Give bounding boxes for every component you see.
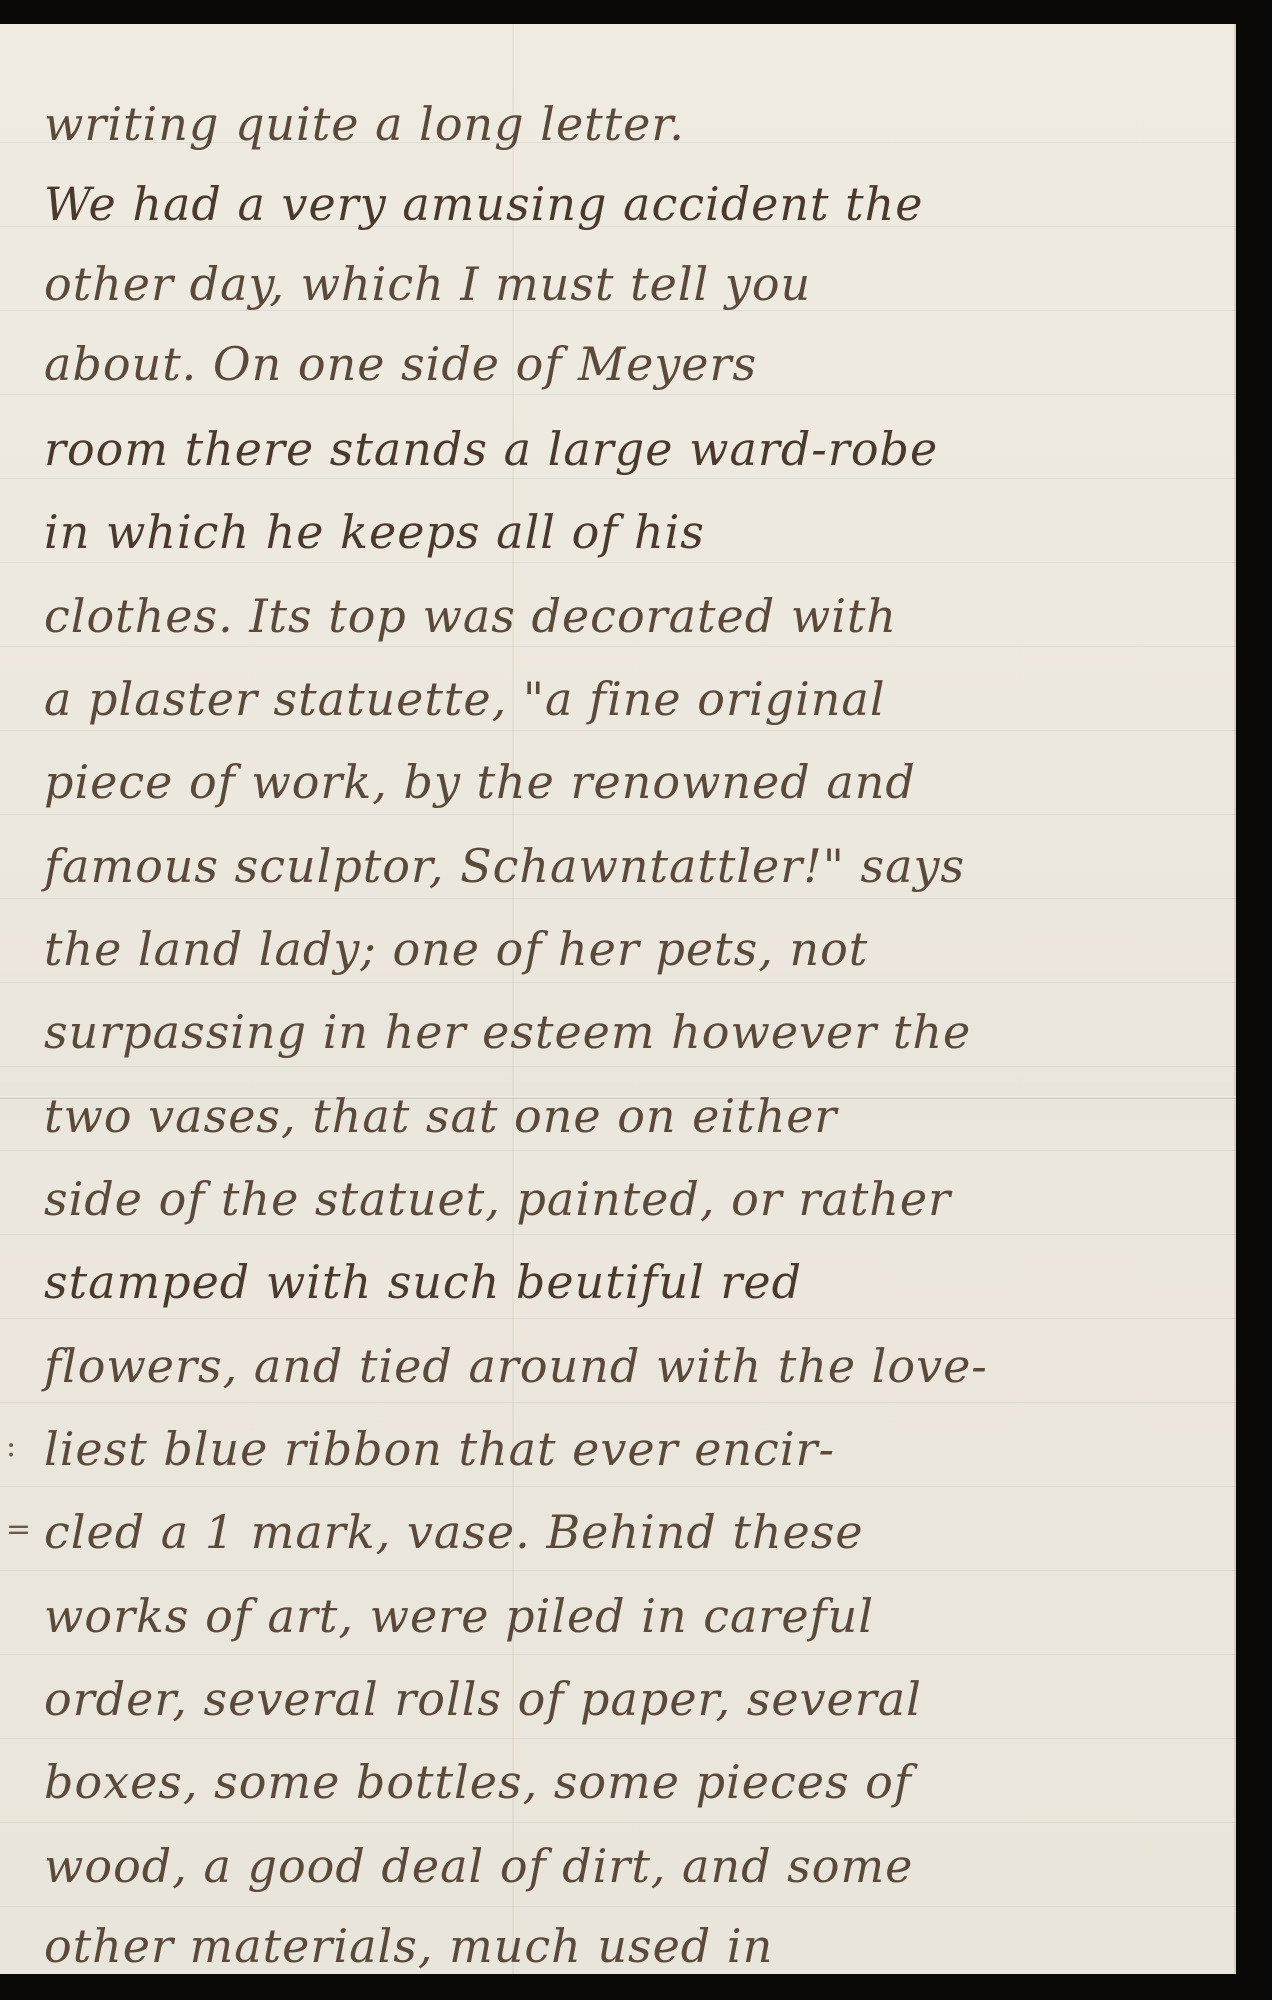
- ruled-line: [0, 730, 1236, 731]
- handwritten-line: writing quite a long letter.: [44, 94, 1206, 154]
- handwritten-line: cled a 1 mark, vase. Behind these: [44, 1502, 1206, 1562]
- ruled-line: [0, 1654, 1236, 1655]
- handwritten-line: liest blue ribbon that ever encir-: [44, 1419, 1206, 1479]
- ruled-line: [0, 394, 1236, 395]
- handwritten-line: surpassing in her esteem however the: [44, 1002, 1206, 1062]
- ruled-line: [0, 1234, 1236, 1235]
- ruled-line: [0, 1570, 1236, 1571]
- handwritten-line: stamped with such beutiful red: [44, 1252, 1206, 1312]
- ruled-line: [0, 1402, 1236, 1403]
- handwritten-line: famous sculptor, Schawntattler!" says: [44, 836, 1206, 896]
- handwritten-line: flowers, and tied around with the love-: [44, 1336, 1206, 1396]
- ruled-line: [0, 646, 1236, 647]
- handwritten-line: two vases, that sat one on either: [44, 1086, 1206, 1146]
- handwritten-line: We had a very amusing accident the: [44, 174, 1206, 234]
- handwritten-line: the land lady; one of her pets, not: [44, 919, 1206, 979]
- ruled-line: [0, 1486, 1236, 1487]
- handwritten-line: works of art, were piled in careful: [44, 1586, 1206, 1646]
- ruled-line: [0, 1738, 1236, 1739]
- handwritten-line: boxes, some bottles, some pieces of: [44, 1752, 1206, 1812]
- handwritten-line: piece of work, by the renowned and: [44, 752, 1206, 812]
- ruled-line: [0, 898, 1236, 899]
- handwritten-line: other day, which I must tell you: [44, 254, 1206, 314]
- ruled-line: [0, 562, 1236, 563]
- handwritten-line: wood, a good deal of dirt, and some: [44, 1836, 1206, 1896]
- ruled-line: [0, 1318, 1236, 1319]
- ruled-line: [0, 1822, 1236, 1823]
- ruled-line: [0, 1906, 1236, 1907]
- letter-page: writing quite a long letter. We had a ve…: [0, 24, 1236, 1974]
- handwritten-line: a plaster statuette, "a fine original: [44, 669, 1206, 729]
- handwritten-line: about. On one side of Meyers: [44, 334, 1206, 394]
- hyphen-margin-mark: :: [6, 1429, 16, 1464]
- handwritten-line: other materials, much used in: [44, 1916, 1206, 1974]
- handwritten-line: in which he keeps all of his: [44, 502, 1206, 562]
- ruled-line: [0, 1066, 1236, 1067]
- ruled-line: [0, 814, 1236, 815]
- ruled-line: [0, 1150, 1236, 1151]
- handwritten-line: clothes. Its top was decorated with: [44, 586, 1206, 646]
- ruled-line: [0, 982, 1236, 983]
- handwritten-line: room there stands a large ward-robe: [44, 419, 1206, 479]
- handwritten-line: order, several rolls of paper, several: [44, 1669, 1206, 1729]
- hyphen-margin-mark: =: [6, 1512, 31, 1547]
- handwritten-line: side of the statuet, painted, or rather: [44, 1169, 1206, 1229]
